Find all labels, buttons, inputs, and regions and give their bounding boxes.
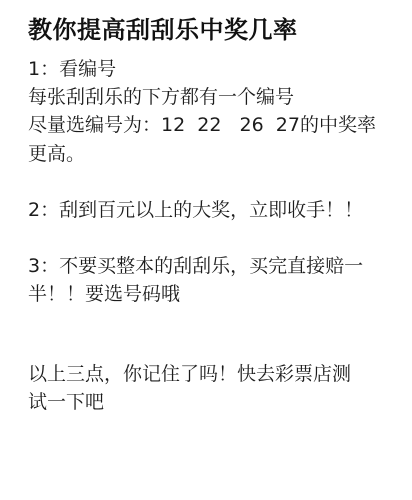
tip-3: 3：不要买整本的刮刮乐，买完直接赔一 xyxy=(28,253,363,279)
tip-1-numbers: 尽量选编号为：12 22 26 27的中奖率 xyxy=(28,112,376,138)
article-title: 教你提高刮刮乐中奖几率 xyxy=(28,14,298,46)
closing-text-continued: 试一下吧 xyxy=(28,389,104,415)
tip-3-continued: 半！！要选号码哦 xyxy=(28,281,180,307)
tip-1-heading: 1：看编号 xyxy=(28,56,116,82)
closing-text: 以上三点，你记住了吗！快去彩票店测 xyxy=(28,361,351,387)
tip-2: 2：刮到百元以上的大奖，立即收手！！ xyxy=(28,197,363,223)
tip-1-text-end: 更高。 xyxy=(28,141,85,167)
tip-1-text: 每张刮刮乐的下方都有一个编号 xyxy=(28,84,294,110)
